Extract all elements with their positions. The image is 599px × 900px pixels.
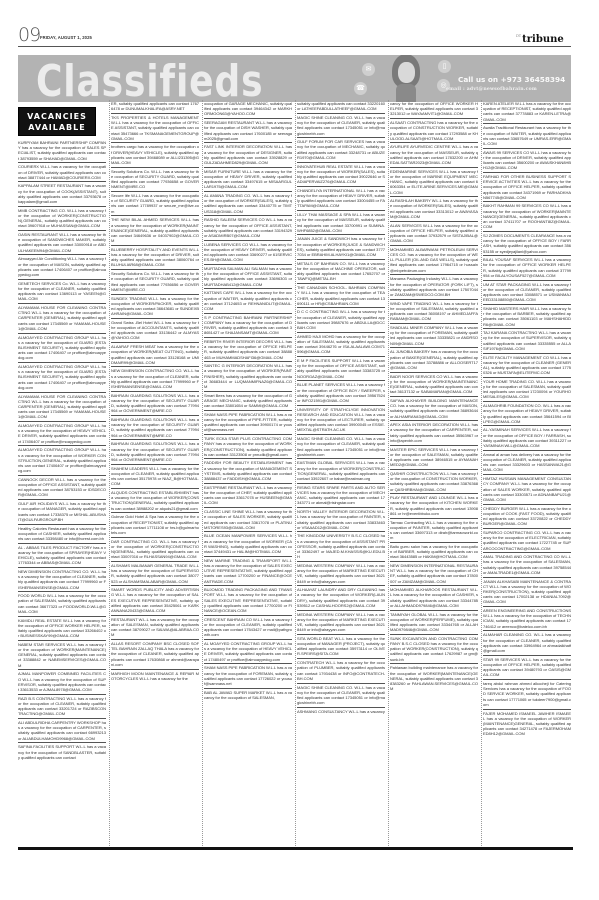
classified-ad: METALS OF BAHRAIN CO. W.L.L has a vacanc… xyxy=(297,260,385,284)
classified-ad: MAGIC SHINE CLEANING CO. W.L.L has a vac… xyxy=(297,435,385,459)
classified-ad: AL-YASMINAH SERVICES W.L.L has a vacancy… xyxy=(483,426,571,450)
classified-ad: Smart Bees has a vacancy for the occupat… xyxy=(204,392,292,411)
classified-ad: GENETECH SERVICES Co. W.L.L has a vacanc… xyxy=(18,280,106,304)
classified-ad: ALMOAYYED CONTRACTING GROUP W.L.L has a … xyxy=(18,446,106,476)
classified-ad: PLAY RESTAURANT AND LOUNGE W.L.L has a v… xyxy=(390,494,478,518)
classified-ad: ALYAMAMA HOUSE FOR CLEANING CONTRACTING … xyxy=(18,393,106,423)
classified-ad: SHAHEM LEADERS W.L.L has a vacancy for t… xyxy=(111,465,199,489)
column-1: KURPIYAM BAHRAINI PARTNERSHIP COMPANY ha… xyxy=(18,139,106,848)
classified-ad: NEW DIMENSION CONTRACTING CO. W.L.L has … xyxy=(18,568,106,592)
classified-ad: EASTPRIME RESTAURANT W.L.L has a vacancy… xyxy=(204,484,292,508)
classified-ad: QASHIR CONSTRUCTION W.L.L has a vacancy … xyxy=(390,470,478,494)
classified-ad: MURTADHA SALMAN ALI SALMAN has a vacancy… xyxy=(204,265,292,289)
classified-ad: SHAHID MASTERS HAIR W.L.L has a vacancy … xyxy=(483,305,571,329)
classified-ad: SEERAGAM RESTAURANT W.L.L has a vacancy … xyxy=(204,119,292,143)
classified-ad: SUNDEX TRADING W.L.L has a vacancy for t… xyxy=(111,295,199,319)
classified-ad: LUBENA SERVICES CO W.L.L has a vacancy f… xyxy=(204,241,292,265)
classified-ad: JANAN JUICE & SANDWICH has a vacancy for… xyxy=(297,235,385,259)
classified-ad: APEX ASIA INTERIOR DECORATION W.L.L has … xyxy=(390,421,478,445)
classified-ad: GULF FORUM FOR CAR SERVICES has a vacanc… xyxy=(297,138,385,162)
classified-ad: SAFWA ALKHAYER BUILDING MAINTENANCE CO. … xyxy=(390,397,478,421)
classified-ad: Gulmar Gold Hotel & Spa has a vacancy fo… xyxy=(111,513,199,537)
heading-line-2: AVAILABLE xyxy=(19,122,95,133)
classified-ad: KAPPALAM STREET RESTAURANT has a vacancy… xyxy=(18,182,106,206)
classified-ad: BLUE OCEAN MANPOWER SERVICES W.L.L has a… xyxy=(204,532,292,556)
classified-ad: ALAARAF FRESH MEAT has a vacancy for the… xyxy=(111,343,199,367)
classified-ad: DAR CONTRACTING CO. W.L.L has a vacancy … xyxy=(111,538,199,562)
classified-ad: MOHAMMED ALKHAROOS RESTAURANT W.L.L has … xyxy=(390,586,478,610)
classified-ad: FOOD WORLD W.L.L has a vacancy for the o… xyxy=(18,592,106,616)
classified-ad: MOHAMMED ALBARWANI PETROLEUM SERVICES CO… xyxy=(390,246,478,276)
mobile-icon: ▯ xyxy=(438,60,451,73)
header-divider xyxy=(18,46,571,47)
classified-ad: COURIERX W.L.L has a vacancy for the occ… xyxy=(18,163,106,182)
classified-ad: FARHAD FOR OTHER BUSINESS SUPPORT SERVIC… xyxy=(483,173,571,203)
classified-ad: ALYAMAMA HOUSE FOR CLEANING CONTRACTING … xyxy=(18,304,106,334)
classified-ad: BLUE PLANET SERVICES W.L.L has a vacancy… xyxy=(297,381,385,405)
classified-ad: CONTRATECH W.L.L has a vacancy for the o… xyxy=(297,659,385,683)
column-5: cancy for the occupation of OFFICE WORKE… xyxy=(390,100,478,848)
classified-ad: BILAL YOUSAF SERVICES W.L.L has a vacanc… xyxy=(483,256,571,280)
classified-ad: AJMAL MANPOWER COMBINED FACILITIES CO W.… xyxy=(18,670,106,694)
classified-ad: BUJOMOD TRADING PACKAGING AND TRANSPORT … xyxy=(204,586,292,616)
contact-email: email : advt@newsofbahrain.com xyxy=(446,87,537,92)
banner-title: Classifieds xyxy=(36,60,263,102)
classified-ad: NEW DIMENSION INTERNATIONAL RESTAURANT W… xyxy=(390,562,478,586)
classified-ad: CHANDELIYA INTERNATIONAL W.L.L has a vac… xyxy=(297,187,385,211)
classified-ad: ELITE FACILITY MANAGEMENT CO W.L.L has a… xyxy=(483,354,571,378)
classified-ad: ALAN SERVICES W.L.L has a vacancy for th… xyxy=(390,222,478,246)
classified-ad: ASHMANG CONSULTANCY W.L.L has a vacancy xyxy=(297,708,385,716)
classified-ad: ALMAGHRIB FOUNDATION CO. W.L.L has a vac… xyxy=(483,402,571,426)
classified-ad: occupation of GARAGE MECHANIC, suitably … xyxy=(204,100,292,119)
classified-ad: BAHRAIN GUARDING SOLUTIONS W.L.L has a v… xyxy=(111,392,199,416)
classified-ad: EDENMARINE SERVICES W.L.L has a vacancy … xyxy=(390,168,478,198)
classified-ad: UNIVERSITY OF STRATHCLYDE INNOVATION RES… xyxy=(297,406,385,436)
classified-ad: MAGIC SHINE CLEANING CO. W.L.L has a vac… xyxy=(297,684,385,708)
classified-ad: SUNK EXCAVATION AND CONTRACTING COMPANY … xyxy=(390,635,478,665)
classified-ad: ALMOAYYED CONTRACTING GROUP W.L.L has a … xyxy=(18,422,106,446)
classified-ad: STAR 99 SERVICES W.L.L has a vacancy for… xyxy=(483,656,571,680)
classified-ad: TURK ECKA STAR PLUS CONTRACTING COMPANY … xyxy=(204,435,292,459)
classified-ad: SUPARCO CONTRACTING CO. W.L.L has a vaca… xyxy=(483,529,571,553)
classified-ad: ALRASHLAH BAKERY W.L.L has a vacancy for… xyxy=(390,197,478,221)
classified-ad: RESTAURANT W.L.L has a vacancy for the o… xyxy=(111,616,199,640)
classified-ad: GULF AIR HOLIDAYS W.L.L has a vacancy fo… xyxy=(18,500,106,524)
column-6: KAREN ATELIER W.L.L has a vacancy for th… xyxy=(483,100,571,848)
classified-ad: BAHRAIN GUARDING SOLUTIONS W.L.L has a v… xyxy=(111,440,199,464)
classified-ad: suitably qualified applicants can contac… xyxy=(297,100,385,114)
classified-ad: MARHIGH MOON MAINTENANCE & REPAIR MOTORC… xyxy=(111,670,199,683)
classified-ad: Healthy Calories Restaurant has a vacanc… xyxy=(18,525,106,544)
classified-ad: SANTEC G INTERIOR DECORATION W.L.L has a… xyxy=(204,362,292,392)
classified-ad: THE NEW BILAL AHMED SERVICES W.L.L has a… xyxy=(111,216,199,246)
operator-illustration xyxy=(390,55,422,102)
classified-ad: NEW MARINE TRADING & TRANSPORT W.L.L has… xyxy=(204,557,292,587)
classified-ad: AL - ABBAS TILES PRODUCT FACTORY has a v… xyxy=(18,544,106,568)
page-number: 09 xyxy=(18,24,40,46)
column-3: occupation of GARAGE MECHANIC, suitably … xyxy=(204,100,292,848)
classified-ad: AL AMANA TRADING CO. W.L.L has a vacancy… xyxy=(204,192,292,216)
classified-ad: FAST LINK INTERIOR DECORATION W.L.L has … xyxy=(204,143,292,167)
classified-ad: MEDINA WESTERN COMPANY W.L.L has a vacan… xyxy=(297,611,385,635)
classified-ad: ALMOAYYED CONTRACTING GROUP W.L.L has a … xyxy=(18,334,106,364)
classified-ad: D C C CONTRACTING W.L.L has a vacancy fo… xyxy=(297,308,385,332)
classified-ad: KAMIDLI REAL ESTATE W.L.L has a vacancy … xyxy=(18,617,106,641)
classified-ad: ALI ABDULRIDHA CARPENTRY WORKSHOP has a … xyxy=(18,719,106,743)
classified-ad: Amwal al aman has delivery has a vacancy… xyxy=(483,451,571,475)
classifieds-banner: Classifieds ✉ ☎ ▯ ◎ Call us on +973 3645… xyxy=(18,55,571,102)
classified-ad: CRESCENT BAHRAIN CO W.L.L has a vacancy … xyxy=(204,616,292,640)
classified-ad: Security Solutions Co. W.L.L. has a vaca… xyxy=(111,168,199,192)
classified-ad: MAGIC SHINE CLEANING CO. W.L.L has a vac… xyxy=(297,114,385,138)
classified-ad: Baitu gurru salon has a vacancy for the … xyxy=(390,543,478,562)
classified-ad: THE CANADIAN SCHOOL- BAHRAIN COMPANY W.L… xyxy=(297,284,385,308)
page-date: FRIDAY, AUGUST 1, 2025 xyxy=(40,35,92,40)
classified-ad: Pahlawan building maintenance has a vaca… xyxy=(390,664,478,693)
classified-ad: AYURLIFE AYURVEDIC CENTRE W.L.L has a va… xyxy=(390,143,478,167)
classified-ad: KURPIYAM BAHRAINI PARTNERSHIP COMPANY ha… xyxy=(18,139,106,163)
phone-icon: ☎ xyxy=(354,82,367,95)
classified-ad: BAB AL JAWAD SUPER MARKET W.L.L has a va… xyxy=(204,689,292,702)
classified-ad: REBIRTH RIVER INTERIOR DECORS W.L.L has … xyxy=(204,338,292,362)
classified-ad: LILLY THAI MASSAGE & SPA W.L.L has a vac… xyxy=(297,211,385,235)
classified-ad: MISAR FURNITURE W.L.L has a vacancy for … xyxy=(204,168,292,192)
classified-ad: AMAL TRADING AND CONTRACTING CO W.L.L ha… xyxy=(483,553,571,577)
classified-ad: FADDISH FOR BEAUTY ESTABLISHMENT has a v… xyxy=(204,459,292,483)
classified-ad: ALHAAYAT LAUNDRY AND DRY CLEANING has a … xyxy=(297,586,385,610)
classified-ad: E M P FACILITIES SUPPORT W.L.L has a vac… xyxy=(297,357,385,381)
classified-ad: CANNOCK DECOR W.L.L has a vacancy for th… xyxy=(18,476,106,500)
classified-ad: RASHID SALEEM SERVICES CO W.L.L has a va… xyxy=(204,216,292,240)
classified-ad: EASTMAN GLOBAL SERVICES W.L.L has a vaca… xyxy=(297,459,385,483)
bottom-rule xyxy=(18,847,573,850)
classified-ad: FAJER MOHAMED ISMAEEL JAWHER ISMAEEL has… xyxy=(483,710,571,739)
classified-ad: RAZI B.S CONTRACTING W.L.L has a vacancy… xyxy=(18,695,106,719)
classified-ad: KATTANS CAFE W.L.L has a vacancy for the… xyxy=(204,289,292,313)
classified-ad: ALQUDS CONTRACTING ESTABLISHMENT has a v… xyxy=(111,489,199,513)
classified-ad: tareq abdul rahman ahmed alkooheji for C… xyxy=(483,680,571,710)
classified-ad: ER, suitably qualified applicants can co… xyxy=(111,100,199,114)
classified-ad: S P CONTRACTING BAHRAINI PARTNERSHIP COM… xyxy=(204,314,292,338)
classified-ad: ALSHAMS MALBANAR GENERAL TRADE W.L.L has… xyxy=(111,562,199,586)
classified-ad: Tarmac Contracting W.L.L has a vacancy f… xyxy=(390,519,478,543)
newspaper-logo: DTtribune xyxy=(516,34,564,45)
classified-ad: NABEM STAR SERVICES W.L.L has a vacancy … xyxy=(18,641,106,671)
classified-ad: SHADUAL MINER COMPANY W.L.L has a vacanc… xyxy=(390,324,478,348)
classified-ad: SHAM NASS PIPE FABRICATION W.L.L has a v… xyxy=(204,664,292,688)
classified-ad: RISING STARS SPARE PARTS AND AUTO SERVIC… xyxy=(297,484,385,508)
classified-ad: MASTER EPIC SERVICES W.L.L has a vacancy… xyxy=(390,446,478,470)
classified-ad: Grand Swiss -Bel Hotel W.L.L has a vacan… xyxy=(111,319,199,343)
classified-ad: AL MOAYYED CONTRACTING GROUP W.L.L has a… xyxy=(204,640,292,664)
classified-ad: SAFINA FACILITIES SUPPORT W.L.L has a va… xyxy=(18,743,106,761)
classified-ad: UM AT STAR PACKAGING W.L.L has a vacancy… xyxy=(483,281,571,305)
classified-ad: YOUR HOME TRADING CO. W.L.L has a vacanc… xyxy=(483,378,571,402)
classified-ad: KAREN ATELIER W.L.L has a vacancy for th… xyxy=(483,100,571,124)
logo-prefix: DT xyxy=(516,34,521,38)
classified-ad: ALMOAYYED CONTRACTING GROUP W.L.L has a … xyxy=(18,363,106,393)
classified-ad: Awalia Traditional Restaurant has a vaca… xyxy=(483,124,571,148)
classified-ad: SITA WORLD BEAT W.L.L has a vacancy for … xyxy=(297,635,385,659)
classified-ad: CLASSIC LINE SHINE W.L.L has a vacancy f… xyxy=(204,508,292,532)
vacancies-heading: VACANCIES AVAILABLE xyxy=(18,107,96,136)
classified-ad: MMB CONTRACTING CO. W.L.L has a vacancy … xyxy=(18,207,106,231)
classified-ad: BAHRAIN GUARDING SOLUTIONS W.L.L has a v… xyxy=(111,416,199,440)
classified-ad: TAJ KARANA CONTRACTING W.L.L has a vacan… xyxy=(483,329,571,353)
column-2: ER, suitably qualified applicants can co… xyxy=(111,100,199,848)
classified-ad: TANMIYAH GLOBAL W.L.L has a vacancy for … xyxy=(390,611,478,635)
classified-ad: MEDINA WESTERN COMPANY W.L.L has a vacan… xyxy=(297,562,385,586)
classified-ad: AREEN ENGINEERING AND CONSTRUCTIONS W.L.… xyxy=(483,607,571,631)
classified-ad: OASIN RESTAURANT W.L.L has a vacancy for… xyxy=(18,231,106,255)
classified-ad: SMART WORDS PUBLICITY AND ADVERTISING W.… xyxy=(111,586,199,616)
classified-ad: ALMAHAR CLEANING CO. W.L.L has a vacancy… xyxy=(483,631,571,655)
classified-ad: BAKHT RAHMAN 99 SERVICES CO W.L.L has a … xyxy=(483,202,571,232)
classified-ad: TKS PROPERTIES & HOTELS MANAGEMENT W.L.L… xyxy=(111,114,199,144)
classified-ad: SHAM NASS PIPE FABRICATION W.L.L has a v… xyxy=(204,411,292,435)
classified-ad: THE KINGDOM UNIVERSITY B.S.C CLOSED has … xyxy=(297,532,385,562)
classified-ad: Manama Packaging Industry W.L.L has a va… xyxy=(390,275,478,299)
classified-ad: CHEDDY BURGER W.L.L has a vacancy for th… xyxy=(483,505,571,529)
classified-ad: ALSAATI CONTRACTING has a vacancy for th… xyxy=(390,119,478,143)
classified-ad: cancy for the occupation of OFFICE WORKE… xyxy=(390,100,478,119)
classified-ad: AL JUNOBIA BAKERY has a vacancy for the … xyxy=(390,348,478,372)
classified-ad: HIMTAZ HUSSAIN MANAGEMENT CONSULTANCY CO… xyxy=(483,475,571,505)
envelope-icon: ✉ xyxy=(362,63,375,76)
classified-ad: Security Solutions Co. W.L.L. has a vaca… xyxy=(111,270,199,294)
call-number: Call us on +973 36458394 xyxy=(458,75,565,84)
classified-ad: AWAIS 99 SERVICES CO W.L.L has a vacancy… xyxy=(483,149,571,173)
classified-ad: brothers cargo has a vacancy for the occ… xyxy=(111,143,199,167)
classified-ad: INNOVATEHUB REAL ESTATE W.L.L has a vaca… xyxy=(297,163,385,187)
classified-ad: BADR NOOR SERVICES CO W.L.L has a vacanc… xyxy=(390,373,478,397)
page-header: 09 FRIDAY, AUGUST 1, 2025 xyxy=(18,24,271,46)
logo-text: tribune xyxy=(522,34,564,45)
classified-ad: BLUEBERRY HOSPITALITY AND EVENTS W.L.L h… xyxy=(111,246,199,270)
classified-ad: Almoayyed Air Conditioning W.L.L has a v… xyxy=(18,255,106,279)
classified-ad: NEW DIMENSION CONTRACTING CO. W.L.L has … xyxy=(111,367,199,391)
classified-ad: NORTH VALLEY INTERIOR DECORATION W.L.L h… xyxy=(297,508,385,532)
classified-ad: JANAN ALKHASABI MAINTENANCE & CONTRACT W… xyxy=(483,578,571,608)
heading-line-1: VACANCIES xyxy=(19,111,95,122)
classified-ad: ALLAS RESORT COMPANY BSC CLOSED SOFTEL B… xyxy=(111,640,199,670)
classified-ad: WIND VAPE TRADING W.L.L has a vacancy fo… xyxy=(390,300,478,324)
classified-columns: VACANCIES AVAILABLE KURPIYAM BAHRAINI PA… xyxy=(18,100,573,848)
classified-ad: SJ ZOMES DOCUMENTS CLEARANCE has a vacan… xyxy=(483,232,571,256)
classified-ad: AHMED HAJI MOHD has a vacancy for the oc… xyxy=(297,333,385,357)
column-4: suitably qualified applicants can contac… xyxy=(297,100,385,848)
classified-ad: Secure life W.L.L has a vacancy for the … xyxy=(111,192,199,216)
